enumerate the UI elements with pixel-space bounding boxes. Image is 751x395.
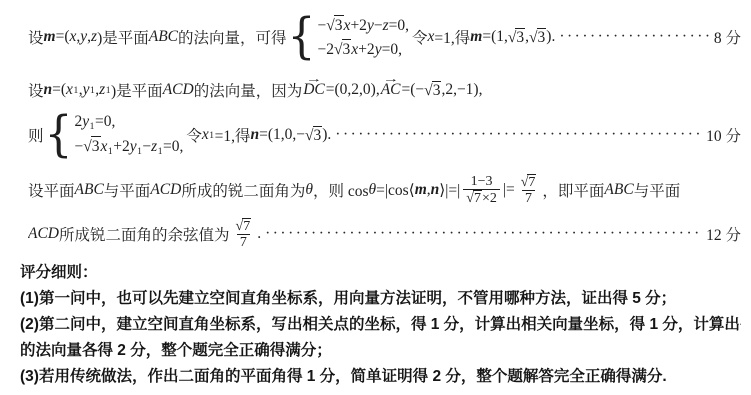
math-text: ABC bbox=[75, 181, 104, 199]
math-text: ACD bbox=[28, 225, 59, 243]
vector-with-arrow: AC bbox=[381, 81, 401, 99]
math-text: y bbox=[130, 138, 137, 155]
radicand: 3 bbox=[342, 39, 352, 59]
math-text: ). bbox=[322, 126, 331, 144]
math-text: y bbox=[375, 41, 382, 58]
left-brace-icon: { bbox=[45, 113, 73, 157]
math-text: 1 bbox=[209, 130, 214, 141]
fraction-numerator: √7 bbox=[518, 174, 540, 190]
math-text: 设 bbox=[28, 26, 44, 48]
sqrt-radical: √3 bbox=[334, 39, 351, 59]
radicand: 3 bbox=[313, 126, 323, 145]
math-text: )是平面 bbox=[111, 79, 163, 101]
dotted-leader: ········································… bbox=[559, 28, 709, 46]
equation-row: −2√3x+2y=0, bbox=[318, 39, 409, 59]
fraction: √77 bbox=[233, 218, 255, 251]
math-text: θ bbox=[305, 181, 313, 199]
math-text: 1 bbox=[90, 121, 95, 132]
radicand: 7 bbox=[473, 190, 482, 206]
fraction: 1−3√7×2 bbox=[463, 174, 500, 207]
math-text: =1,得 bbox=[215, 124, 251, 146]
sqrt-radical: √3 bbox=[529, 28, 546, 47]
sqrt-radical: √7 bbox=[466, 190, 482, 206]
math-text: ). bbox=[546, 28, 555, 46]
fraction-denominator: √7×2 bbox=[463, 189, 500, 206]
rubric-item-3: (3)若用传统做法，作出二面角的平面角得 1 分，简单证明得 2 分，整个题解答… bbox=[20, 364, 741, 390]
math-text: x bbox=[69, 28, 76, 46]
sqrt-radical: √3 bbox=[508, 28, 525, 47]
fraction-denominator: 7 bbox=[237, 234, 250, 250]
solution-line-normal-vector-m: 设 m=(x,y,z)是平面 ABC 的法向量，可得{−√3x+2y−z=0,−… bbox=[28, 10, 741, 64]
math-text: =(− bbox=[402, 81, 425, 99]
math-text: n bbox=[431, 181, 440, 199]
math-text: )是平面 bbox=[97, 26, 149, 48]
math-text: 与平面 bbox=[104, 179, 151, 201]
math-text: − bbox=[374, 17, 383, 34]
math-text: 1 bbox=[90, 85, 95, 96]
math-text: ACD bbox=[150, 181, 181, 199]
math-text: =0, bbox=[95, 113, 115, 130]
equation-row: −√3x+2y−z=0, bbox=[318, 15, 409, 35]
grading-rubric-section: 评分细则： (1)第一问中，也可以先建立空间直角坐标系，用向量方法证明，不管用哪… bbox=[20, 260, 741, 390]
radicand: 3 bbox=[537, 28, 547, 47]
vector-with-arrow: DC bbox=[303, 81, 325, 99]
sqrt-radical: √3 bbox=[326, 15, 343, 35]
math-text: =(1, bbox=[482, 28, 508, 46]
math-text: 则 bbox=[28, 124, 44, 146]
math-text: −2 bbox=[318, 41, 335, 58]
math-text: 1−3 bbox=[471, 174, 493, 189]
dotted-leader: ········································… bbox=[335, 126, 701, 144]
math-text: x bbox=[202, 126, 209, 144]
math-text: 令 bbox=[186, 124, 202, 146]
math-text: ABC bbox=[604, 181, 633, 199]
equation-system: {2y1=0,−√3x1+2y1−z1=0, bbox=[45, 112, 184, 157]
equation-row: 2y1=0, bbox=[75, 112, 184, 133]
math-text: x bbox=[101, 138, 108, 155]
math-text: x bbox=[428, 28, 435, 46]
math-text: =( bbox=[52, 81, 66, 99]
math-text: m bbox=[415, 181, 427, 199]
math-text: ，则 cos bbox=[313, 179, 369, 201]
radicand: 3 bbox=[432, 81, 442, 100]
math-text: 1 bbox=[108, 146, 113, 157]
math-text: . bbox=[257, 225, 261, 243]
math-text: =( bbox=[56, 28, 70, 46]
math-text: +2 bbox=[113, 138, 130, 155]
math-text: 的法向量，因为 bbox=[194, 79, 303, 101]
math-text: n bbox=[44, 81, 53, 99]
equation-row: −√3x1+2y1−z1=0, bbox=[75, 136, 184, 158]
equation-system: {−√3x+2y−z=0,−2√3x+2y=0, bbox=[288, 15, 409, 59]
math-text: ⟩|=| bbox=[439, 181, 460, 200]
math-text: 设平面 bbox=[28, 179, 75, 201]
fraction: √77 bbox=[518, 174, 540, 207]
sqrt-radical: √3 bbox=[83, 136, 100, 156]
math-text: =1,得 bbox=[434, 26, 470, 48]
math-text: ×2 bbox=[482, 191, 497, 206]
exam-solution-document: 设 m=(x,y,z)是平面 ABC 的法向量，可得{−√3x+2y−z=0,−… bbox=[0, 0, 751, 390]
equation-system-rows: 2y1=0,−√3x1+2y1−z1=0, bbox=[75, 112, 184, 157]
math-text: ACD bbox=[163, 81, 194, 99]
score-label: 12 分 bbox=[706, 223, 741, 245]
math-text: 1 bbox=[106, 85, 111, 96]
score-label: 10 分 bbox=[706, 124, 741, 146]
math-text: 所成的锐二面角为 bbox=[181, 179, 305, 201]
math-text: − bbox=[75, 138, 84, 155]
math-text: 令 bbox=[412, 26, 428, 48]
rubric-item-2: (2)第二问中，建立空间直角坐标系，写出相关点的坐标，得 1 分，计算出相关向量… bbox=[20, 312, 741, 338]
sqrt-radical: √3 bbox=[424, 81, 441, 100]
math-text: 设 bbox=[28, 79, 44, 101]
math-text: m bbox=[470, 28, 482, 46]
math-text: |= bbox=[503, 181, 515, 199]
sqrt-radical: √3 bbox=[305, 126, 322, 145]
math-text: =0, bbox=[382, 41, 402, 58]
math-text: 所成锐二面角的余弦值为 bbox=[59, 223, 230, 245]
math-text: +2 bbox=[350, 17, 367, 34]
math-text: =(0,2,0), bbox=[326, 81, 380, 99]
math-text: y bbox=[80, 28, 87, 46]
math-text: n bbox=[250, 126, 259, 144]
radicand: 3 bbox=[515, 28, 525, 47]
math-text: 7 bbox=[525, 191, 532, 206]
math-text: ABC bbox=[149, 28, 178, 46]
math-text: x bbox=[66, 81, 73, 99]
math-text: y bbox=[83, 81, 90, 99]
solution-line-cosine-computation: 设平面 ABC 与平面 ACD 所成的锐二面角为 θ，则 cos θ=|cos⟨… bbox=[28, 168, 741, 212]
equation-system-rows: −√3x+2y−z=0,−2√3x+2y=0, bbox=[318, 15, 409, 59]
radicand: 7 bbox=[527, 174, 536, 190]
radicand: 3 bbox=[334, 15, 344, 35]
solution-line-normal-vector-n: 设 n=(x1,y1,z1)是平面 ACD 的法向量，因为DC=(0,2,0),… bbox=[28, 76, 741, 104]
radicand: 7 bbox=[242, 218, 251, 234]
math-text: =(1,0,− bbox=[259, 126, 305, 144]
rubric-heading: 评分细则： bbox=[20, 260, 741, 286]
math-text: 与平面 bbox=[634, 179, 681, 201]
math-text: y bbox=[367, 17, 374, 34]
score-label: 8 分 bbox=[714, 26, 741, 48]
math-text: =0, bbox=[389, 17, 409, 34]
math-text: − bbox=[318, 17, 327, 34]
math-text: 1 bbox=[158, 146, 163, 157]
math-text: y bbox=[82, 113, 89, 130]
math-text: ,2,−1), bbox=[441, 81, 482, 99]
solution-line-system-n: 则{2y1=0,−√3x1+2y1−z1=0,令 x1=1,得 n=(1,0,−… bbox=[28, 108, 741, 162]
left-brace-icon: { bbox=[288, 15, 316, 59]
dotted-leader: ········································… bbox=[265, 225, 701, 243]
fraction-numerator: √7 bbox=[233, 218, 255, 234]
math-text: 7 bbox=[240, 235, 247, 250]
rubric-item-1: (1)第一问中，也可以先建立空间直角坐标系，用向量方法证明，不管用哪种方法，证出… bbox=[20, 286, 741, 312]
math-text: +2 bbox=[358, 41, 375, 58]
rubric-item-2-continued: 的法向量各得 2 分，整个题完全正确得满分； bbox=[20, 338, 741, 364]
fraction-numerator: 1−3 bbox=[468, 174, 496, 189]
solution-line-conclusion: ACD 所成锐二面角的余弦值为√77.·····················… bbox=[28, 216, 741, 252]
sqrt-radical: √7 bbox=[521, 174, 537, 190]
radicand: 3 bbox=[91, 136, 101, 156]
fraction-denominator: 7 bbox=[522, 190, 535, 206]
math-text: 1 bbox=[73, 85, 78, 96]
math-text: − bbox=[142, 138, 151, 155]
math-text: z bbox=[151, 138, 157, 155]
math-text: z bbox=[99, 81, 105, 99]
math-text: θ bbox=[369, 181, 377, 199]
sqrt-radical: √7 bbox=[236, 218, 252, 234]
math-text: 的法向量，可得 bbox=[178, 26, 287, 48]
math-text: ，即平面 bbox=[542, 179, 604, 201]
math-text: =|cos⟨ bbox=[376, 181, 415, 200]
math-text: m bbox=[44, 28, 56, 46]
math-text: =0, bbox=[163, 138, 183, 155]
